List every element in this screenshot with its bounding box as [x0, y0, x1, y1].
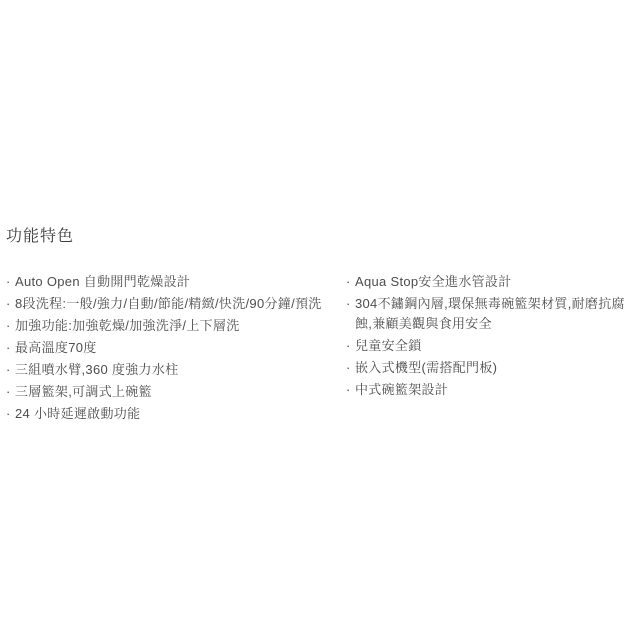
feature-item: ·最高溫度70度 [6, 338, 346, 358]
feature-section: 功能特色 ·Auto Open 自動開門乾燥設計 ·8段洗程:一般/強力/自動/… [6, 226, 636, 426]
feature-list-right: ·Aqua Stop安全進水管設計 ·304不鏽鋼內層,環保無毒碗籃架材質,耐磨… [346, 272, 636, 426]
feature-text: 304不鏽鋼內層,環保無毒碗籃架材質,耐磨抗腐蝕,兼顧美觀與食用安全 [355, 296, 625, 331]
bullet-dot: · [6, 316, 15, 336]
feature-item: ·中式碗籃架設計 [346, 380, 636, 400]
bullet-dot: · [346, 294, 355, 314]
feature-item: ·三層籃架,可調式上碗籃 [6, 382, 346, 402]
feature-text: 三組噴水臂,360 度強力水柱 [15, 362, 178, 377]
feature-list-left: ·Auto Open 自動開門乾燥設計 ·8段洗程:一般/強力/自動/節能/精緻… [6, 272, 346, 426]
bullet-dot: · [346, 336, 355, 356]
feature-item: ·嵌入式機型(需搭配門板) [346, 358, 636, 378]
feature-item: ·Aqua Stop安全進水管設計 [346, 272, 636, 292]
feature-text: 兒童安全鎖 [355, 338, 422, 353]
feature-text: 中式碗籃架設計 [355, 382, 448, 397]
product-feature-page: 功能特色 ·Auto Open 自動開門乾燥設計 ·8段洗程:一般/強力/自動/… [0, 0, 640, 640]
bullet-dot: · [6, 272, 15, 292]
bullet-dot: · [6, 360, 15, 380]
feature-item: ·24 小時延遲啟動功能 [6, 404, 346, 424]
feature-item: ·304不鏽鋼內層,環保無毒碗籃架材質,耐磨抗腐蝕,兼顧美觀與食用安全 [346, 294, 636, 334]
feature-text: 8段洗程:一般/強力/自動/節能/精緻/快洗/90分鐘/預洗 [15, 296, 322, 311]
bullet-dot: · [346, 272, 355, 292]
feature-text: Aqua Stop安全進水管設計 [355, 274, 512, 289]
feature-item: ·三組噴水臂,360 度強力水柱 [6, 360, 346, 380]
feature-text: 24 小時延遲啟動功能 [15, 406, 140, 421]
feature-text: Auto Open 自動開門乾燥設計 [15, 274, 190, 289]
feature-columns: ·Auto Open 自動開門乾燥設計 ·8段洗程:一般/強力/自動/節能/精緻… [6, 272, 636, 426]
feature-text: 嵌入式機型(需搭配門板) [355, 360, 497, 375]
feature-text: 最高溫度70度 [15, 340, 97, 355]
bullet-dot: · [6, 294, 15, 314]
feature-item: ·8段洗程:一般/強力/自動/節能/精緻/快洗/90分鐘/預洗 [6, 294, 346, 314]
feature-item: ·Auto Open 自動開門乾燥設計 [6, 272, 346, 292]
bullet-dot: · [346, 380, 355, 400]
bullet-dot: · [6, 382, 15, 402]
feature-text: 三層籃架,可調式上碗籃 [15, 384, 152, 399]
feature-text: 加強功能:加強乾燥/加強洗淨/上下層洗 [15, 318, 240, 333]
bullet-dot: · [6, 404, 15, 424]
feature-item: ·加強功能:加強乾燥/加強洗淨/上下層洗 [6, 316, 346, 336]
section-title: 功能特色 [6, 226, 636, 248]
bullet-dot: · [6, 338, 15, 358]
bullet-dot: · [346, 358, 355, 378]
feature-item: ·兒童安全鎖 [346, 336, 636, 356]
